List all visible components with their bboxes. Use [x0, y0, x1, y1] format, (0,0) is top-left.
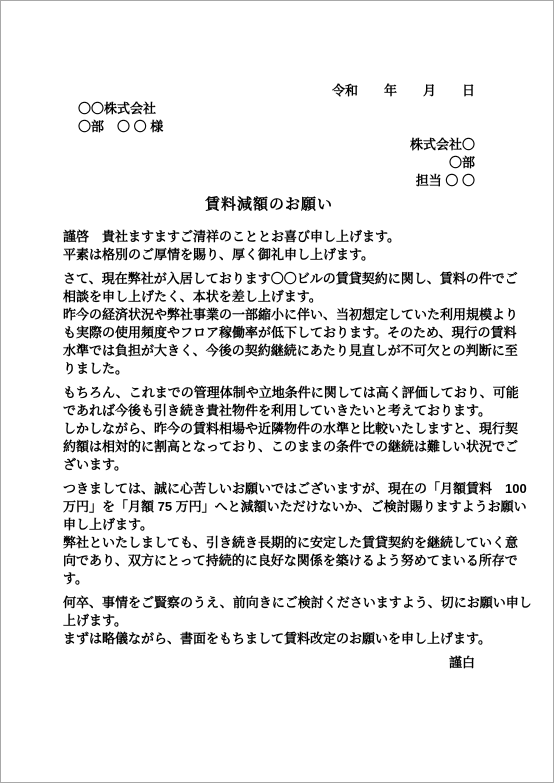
- closing-word: 謹白: [63, 654, 475, 672]
- body-line: 水準では負担が大きく、今後の契約継続にあたり見直しが不可欠との判断に至: [63, 342, 475, 360]
- body-line: ざいます。: [63, 456, 475, 474]
- body-line: もちろん、これまでの管理体制や立地条件に関しては高く評価しており、可能: [63, 384, 475, 402]
- body-line: しかしながら、昨今の賃料相場や近隣物件の水準と比較いたしますと、現行契: [63, 420, 475, 438]
- body-line: 平素は格別のご厚情を賜り、厚く御礼申し上げます。: [63, 246, 475, 264]
- paragraph: つきましては、誠に心苦しいお願いではございますが、現在の「月額賃料 100万円」…: [63, 480, 475, 588]
- body-line: 約額は相対的に割高となっており、このままの条件での継続は難しい状況でご: [63, 438, 475, 456]
- sender-contact: 担当 〇 〇: [63, 172, 475, 190]
- body-line: さて、現在弊社が入居しております〇〇ビルの賃貸契約に関し、賃料の件でご: [63, 270, 475, 288]
- paragraph: 謹啓 貴社ますますご清祥のこととお喜び申し上げます。平素は格別のご厚情を賜り、厚…: [63, 228, 475, 264]
- sender-department: 〇部: [63, 154, 475, 172]
- body-line: 弊社といたしましても、引き続き長期的に安定した賃貸契約を継続していく意: [63, 534, 475, 552]
- paragraph: もちろん、これまでの管理体制や立地条件に関しては高く評価しており、可能であれば今…: [63, 384, 475, 474]
- body-line: 申し上げます。: [63, 516, 475, 534]
- recipient-block: 〇〇株式会社 〇部 〇 〇 様: [78, 100, 475, 136]
- body-line: まずは略儀ながら、書面をもちまして賃料改定のお願いを申し上げます。: [63, 630, 475, 648]
- body-line: であれば今後も引き続き貴社物件を利用していきたいと考えております。: [63, 402, 475, 420]
- body-line: 何卒、事情をご賢察のうえ、前向きにご検討くださいますよう、切にお願い申し: [63, 594, 475, 612]
- body-line: 昨今の経済状況や弊社事業の一部縮小に伴い、当初想定していた利用規模より: [63, 306, 475, 324]
- body-line: 向であり、双方にとって持続的に良好な関係を築けるよう努めてまいる所存で: [63, 552, 475, 570]
- body-line: 相談を申し上げたく、本状を差し上げます。: [63, 288, 475, 306]
- letter-body: 謹啓 貴社ますますご清祥のこととお喜び申し上げます。平素は格別のご厚情を賜り、厚…: [63, 228, 475, 648]
- date-line: 令和 年 月 日: [63, 82, 475, 100]
- body-line: 謹啓 貴社ますますご清祥のこととお喜び申し上げます。: [63, 228, 475, 246]
- paragraph: さて、現在弊社が入居しております〇〇ビルの賃貸契約に関し、賃料の件でご相談を申し…: [63, 270, 475, 378]
- body-line: 万円」を「月額 75 万円」へと減額いただけないか、ご検討賜りますようお願い: [63, 498, 475, 516]
- sender-company: 株式会社〇: [63, 136, 475, 154]
- recipient-company: 〇〇株式会社: [78, 100, 475, 118]
- body-line: も実際の使用頻度やフロア稼働率が低下しております。そのため、現行の賃料: [63, 324, 475, 342]
- paragraph: 何卒、事情をご賢察のうえ、前向きにご検討くださいますよう、切にお願い申し上げます…: [63, 594, 475, 648]
- body-line: す。: [63, 570, 475, 588]
- body-line: つきましては、誠に心苦しいお願いではございますが、現在の「月額賃料 100: [63, 480, 475, 498]
- sender-block: 株式会社〇 〇部 担当 〇 〇: [63, 136, 475, 190]
- body-line: 上げます。: [63, 612, 475, 630]
- recipient-person: 〇部 〇 〇 様: [78, 118, 475, 136]
- body-line: りました。: [63, 360, 475, 378]
- document-page: 令和 年 月 日 〇〇株式会社 〇部 〇 〇 様 株式会社〇 〇部 担当 〇 〇…: [0, 0, 554, 783]
- document-title: 賃料減額のお願い: [63, 194, 475, 216]
